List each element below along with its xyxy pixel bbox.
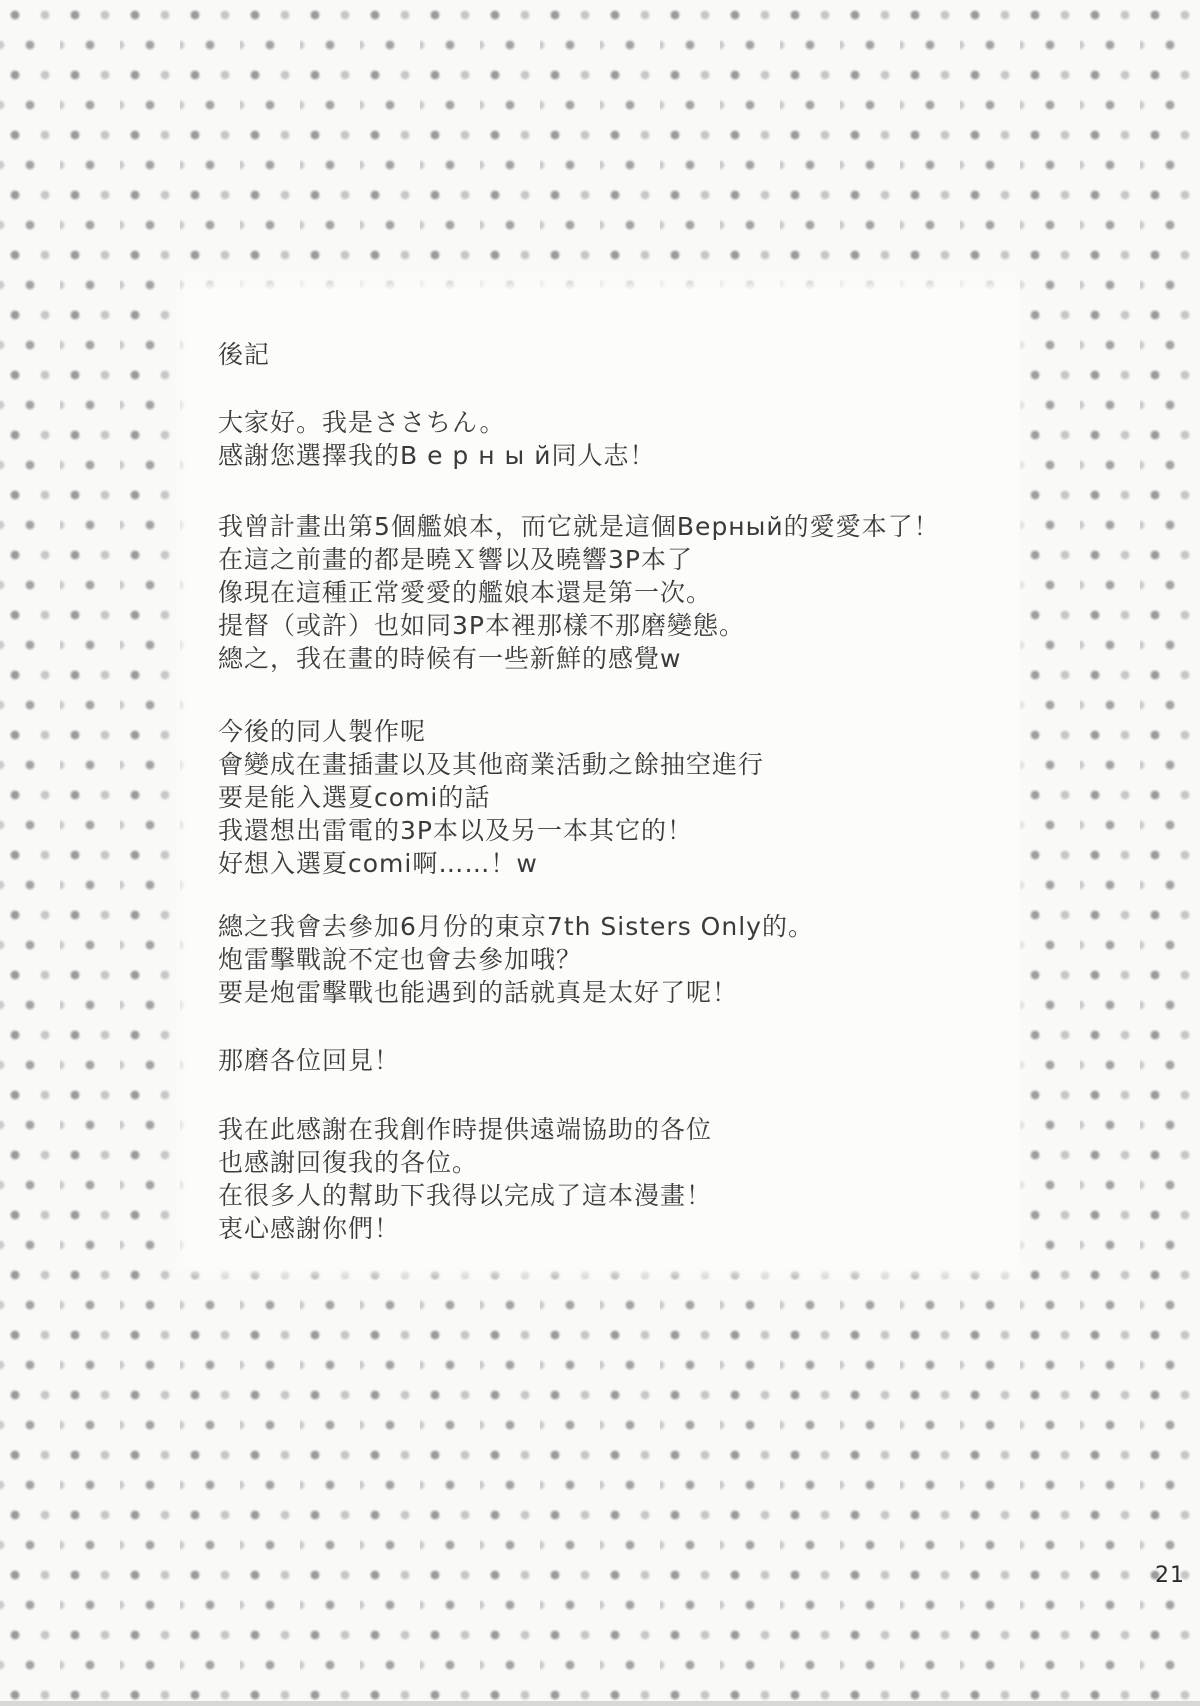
text-line: 我曾計畫出第5個艦娘本，而它就是這個Верный的愛愛本了！	[218, 510, 1008, 543]
text-line: 總之，我在畫的時候有一些新鮮的感覺w	[218, 642, 1008, 675]
text-line: 大家好。我是ささちん。	[218, 406, 1008, 439]
text-line: 今後的同人製作呢	[218, 715, 1008, 748]
text-line: 也感謝回復我的各位。	[218, 1146, 1008, 1179]
text-line: 我還想出雷電的3P本以及另一本其它的！	[218, 814, 1008, 847]
paragraph-thanks: 我在此感謝在我創作時提供遠端協助的各位 也感謝回復我的各位。 在很多人的幫助下我…	[218, 1113, 1008, 1245]
doujin-afterword-page: 後記 大家好。我是ささちん。 感謝您選擇我的В е р н ы й同人志！ 我曾…	[0, 0, 1200, 1706]
afterword-title: 後記	[218, 338, 1008, 371]
text-line: 要是能入選夏comi的話	[218, 781, 1008, 814]
text-line: 好想入選夏comi啊……！w	[218, 847, 1008, 880]
text-line: 炮雷擊戰說不定也會去參加哦？	[218, 943, 1008, 976]
scan-edge	[0, 1701, 1200, 1706]
text-line: 總之我會去參加6月份的東京7th Sisters Only的。	[218, 910, 1008, 943]
paragraph-about-book: 我曾計畫出第5個艦娘本，而它就是這個Верный的愛愛本了！ 在這之前畫的都是曉…	[218, 510, 1008, 675]
text-line: 感謝您選擇我的В е р н ы й同人志！	[218, 439, 1008, 472]
text-line: 衷心感謝你們！	[218, 1212, 1008, 1245]
text-line: 提督（或許）也如同3P本裡那樣不那磨變態。	[218, 609, 1008, 642]
text-line: 像現在這種正常愛愛的艦娘本還是第一次。	[218, 576, 1008, 609]
text-line: 我在此感謝在我創作時提供遠端協助的各位	[218, 1113, 1008, 1146]
text-line: 要是炮雷擊戰也能遇到的話就真是太好了呢！	[218, 976, 1008, 1009]
paragraph-farewell: 那磨各位回見！	[218, 1044, 1008, 1077]
text-line: 那磨各位回見！	[218, 1044, 1008, 1077]
text-line: 在很多人的幫助下我得以完成了這本漫畫！	[218, 1179, 1008, 1212]
text-line: 會變成在畫插畫以及其他商業活動之餘抽空進行	[218, 748, 1008, 781]
afterword-text-block: 後記 大家好。我是ささちん。 感謝您選擇我的В е р н ы й同人志！ 我曾…	[218, 338, 1008, 1245]
text-line: 在這之前畫的都是曉Ｘ響以及曉響3P本了	[218, 543, 1008, 576]
paragraph-events: 總之我會去參加6月份的東京7th Sisters Only的。 炮雷擊戰說不定也…	[218, 910, 1008, 1009]
page-number: 21	[1155, 1563, 1185, 1588]
paragraph-greeting: 大家好。我是ささちん。 感謝您選擇我的В е р н ы й同人志！	[218, 406, 1008, 472]
paragraph-future-plans: 今後的同人製作呢 會變成在畫插畫以及其他商業活動之餘抽空進行 要是能入選夏com…	[218, 715, 1008, 880]
